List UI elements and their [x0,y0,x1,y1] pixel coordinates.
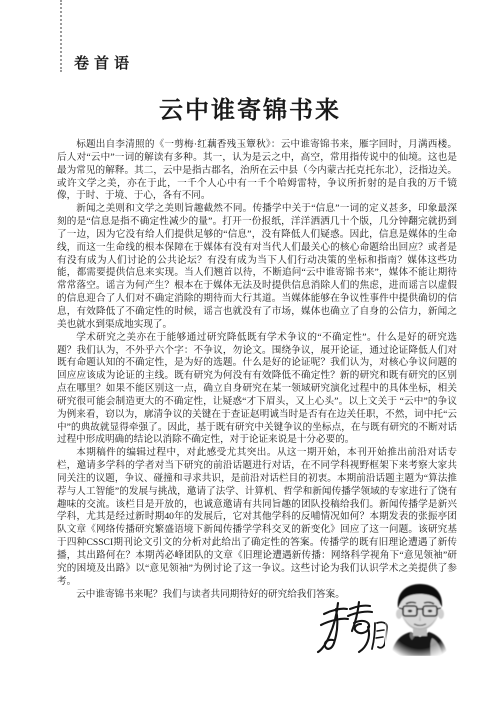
section-label: 卷首语 [74,52,134,73]
author-photo [385,582,455,656]
article-body: 标题出自李清照的《一剪梅·红藕香残玉簟秋》：云中谁寄锦书来，雁字回时，月满西楼。… [57,139,457,601]
section-dotted-rule [60,0,62,72]
page-title: 云中谁寄锦书来 [0,90,500,125]
paragraph: 本期稿件的编辑过程中，对此感受尤其突出。从这一期开始，本刊开始推出前沿对话专栏，… [57,447,457,588]
paragraph: 学术研究之美亦在于能够通过研究降低既有学术争议的“不确定性”。什么是好的研究选题… [57,332,457,448]
preface-page: 卷首语 云中谁寄锦书来 标题出自李清照的《一剪梅·红藕香残玉簟秋》：云中谁寄锦书… [0,0,500,702]
paragraph: 新闻之美则和文学之美则旨趣截然不同。传播学中关于“信息”一词的定义甚多，印象最深… [57,203,457,331]
author-signature [314,597,392,663]
paragraph: 标题出自李清照的《一剪梅·红藕香残玉簟秋》：云中谁寄锦书来，雁字回时，月满西楼。… [57,139,457,203]
